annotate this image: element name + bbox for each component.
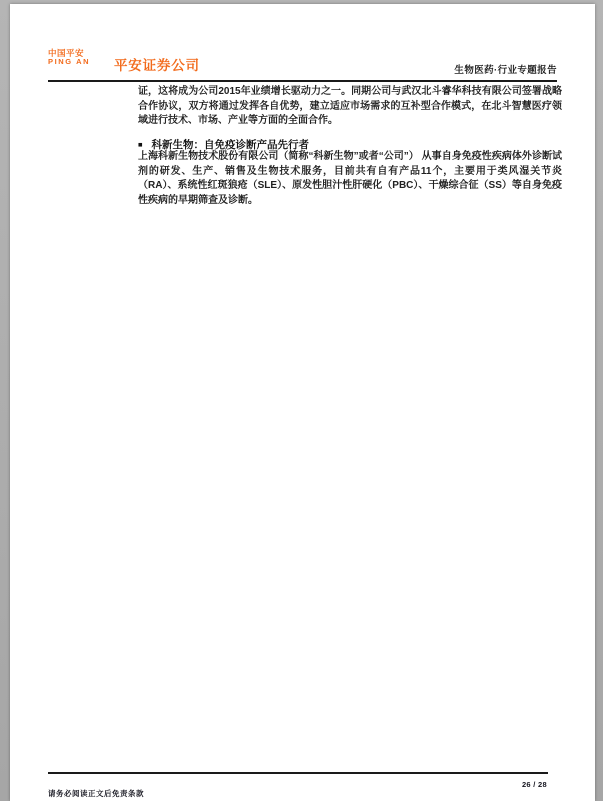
company-name: 平安证券公司	[114, 54, 200, 74]
paragraph-company-intro: 上海科新生物技术股份有限公司（简称“科新生物”或者“公司”） 从事自身免疫性疾病…	[138, 150, 562, 208]
paragraph-continuation: 证，这将成为公司2015年业绩增长驱动力之一。同期公司与武汉北斗睿华科技有限公司…	[138, 85, 562, 129]
header-divider	[48, 80, 557, 82]
report-page: 中国平安 PING AN 平安证券公司 生物医药·行业专题报告 证，这将成为公司…	[10, 4, 595, 801]
report-category-label: 生物医药·行业专题报告	[257, 62, 557, 76]
pingan-logo-chinese: 中国平安	[48, 50, 90, 57]
pingan-logo: 中国平安 PING AN	[48, 50, 90, 65]
disclaimer-text: 请务必阅读正文后免责条款	[48, 788, 144, 799]
footer-divider	[48, 772, 548, 774]
page-number: 26 / 28	[447, 780, 547, 789]
pingan-logo-english: PING AN	[48, 58, 90, 65]
document-viewer-background: 中国平安 PING AN 平安证券公司 生物医药·行业专题报告 证，这将成为公司…	[0, 0, 603, 801]
